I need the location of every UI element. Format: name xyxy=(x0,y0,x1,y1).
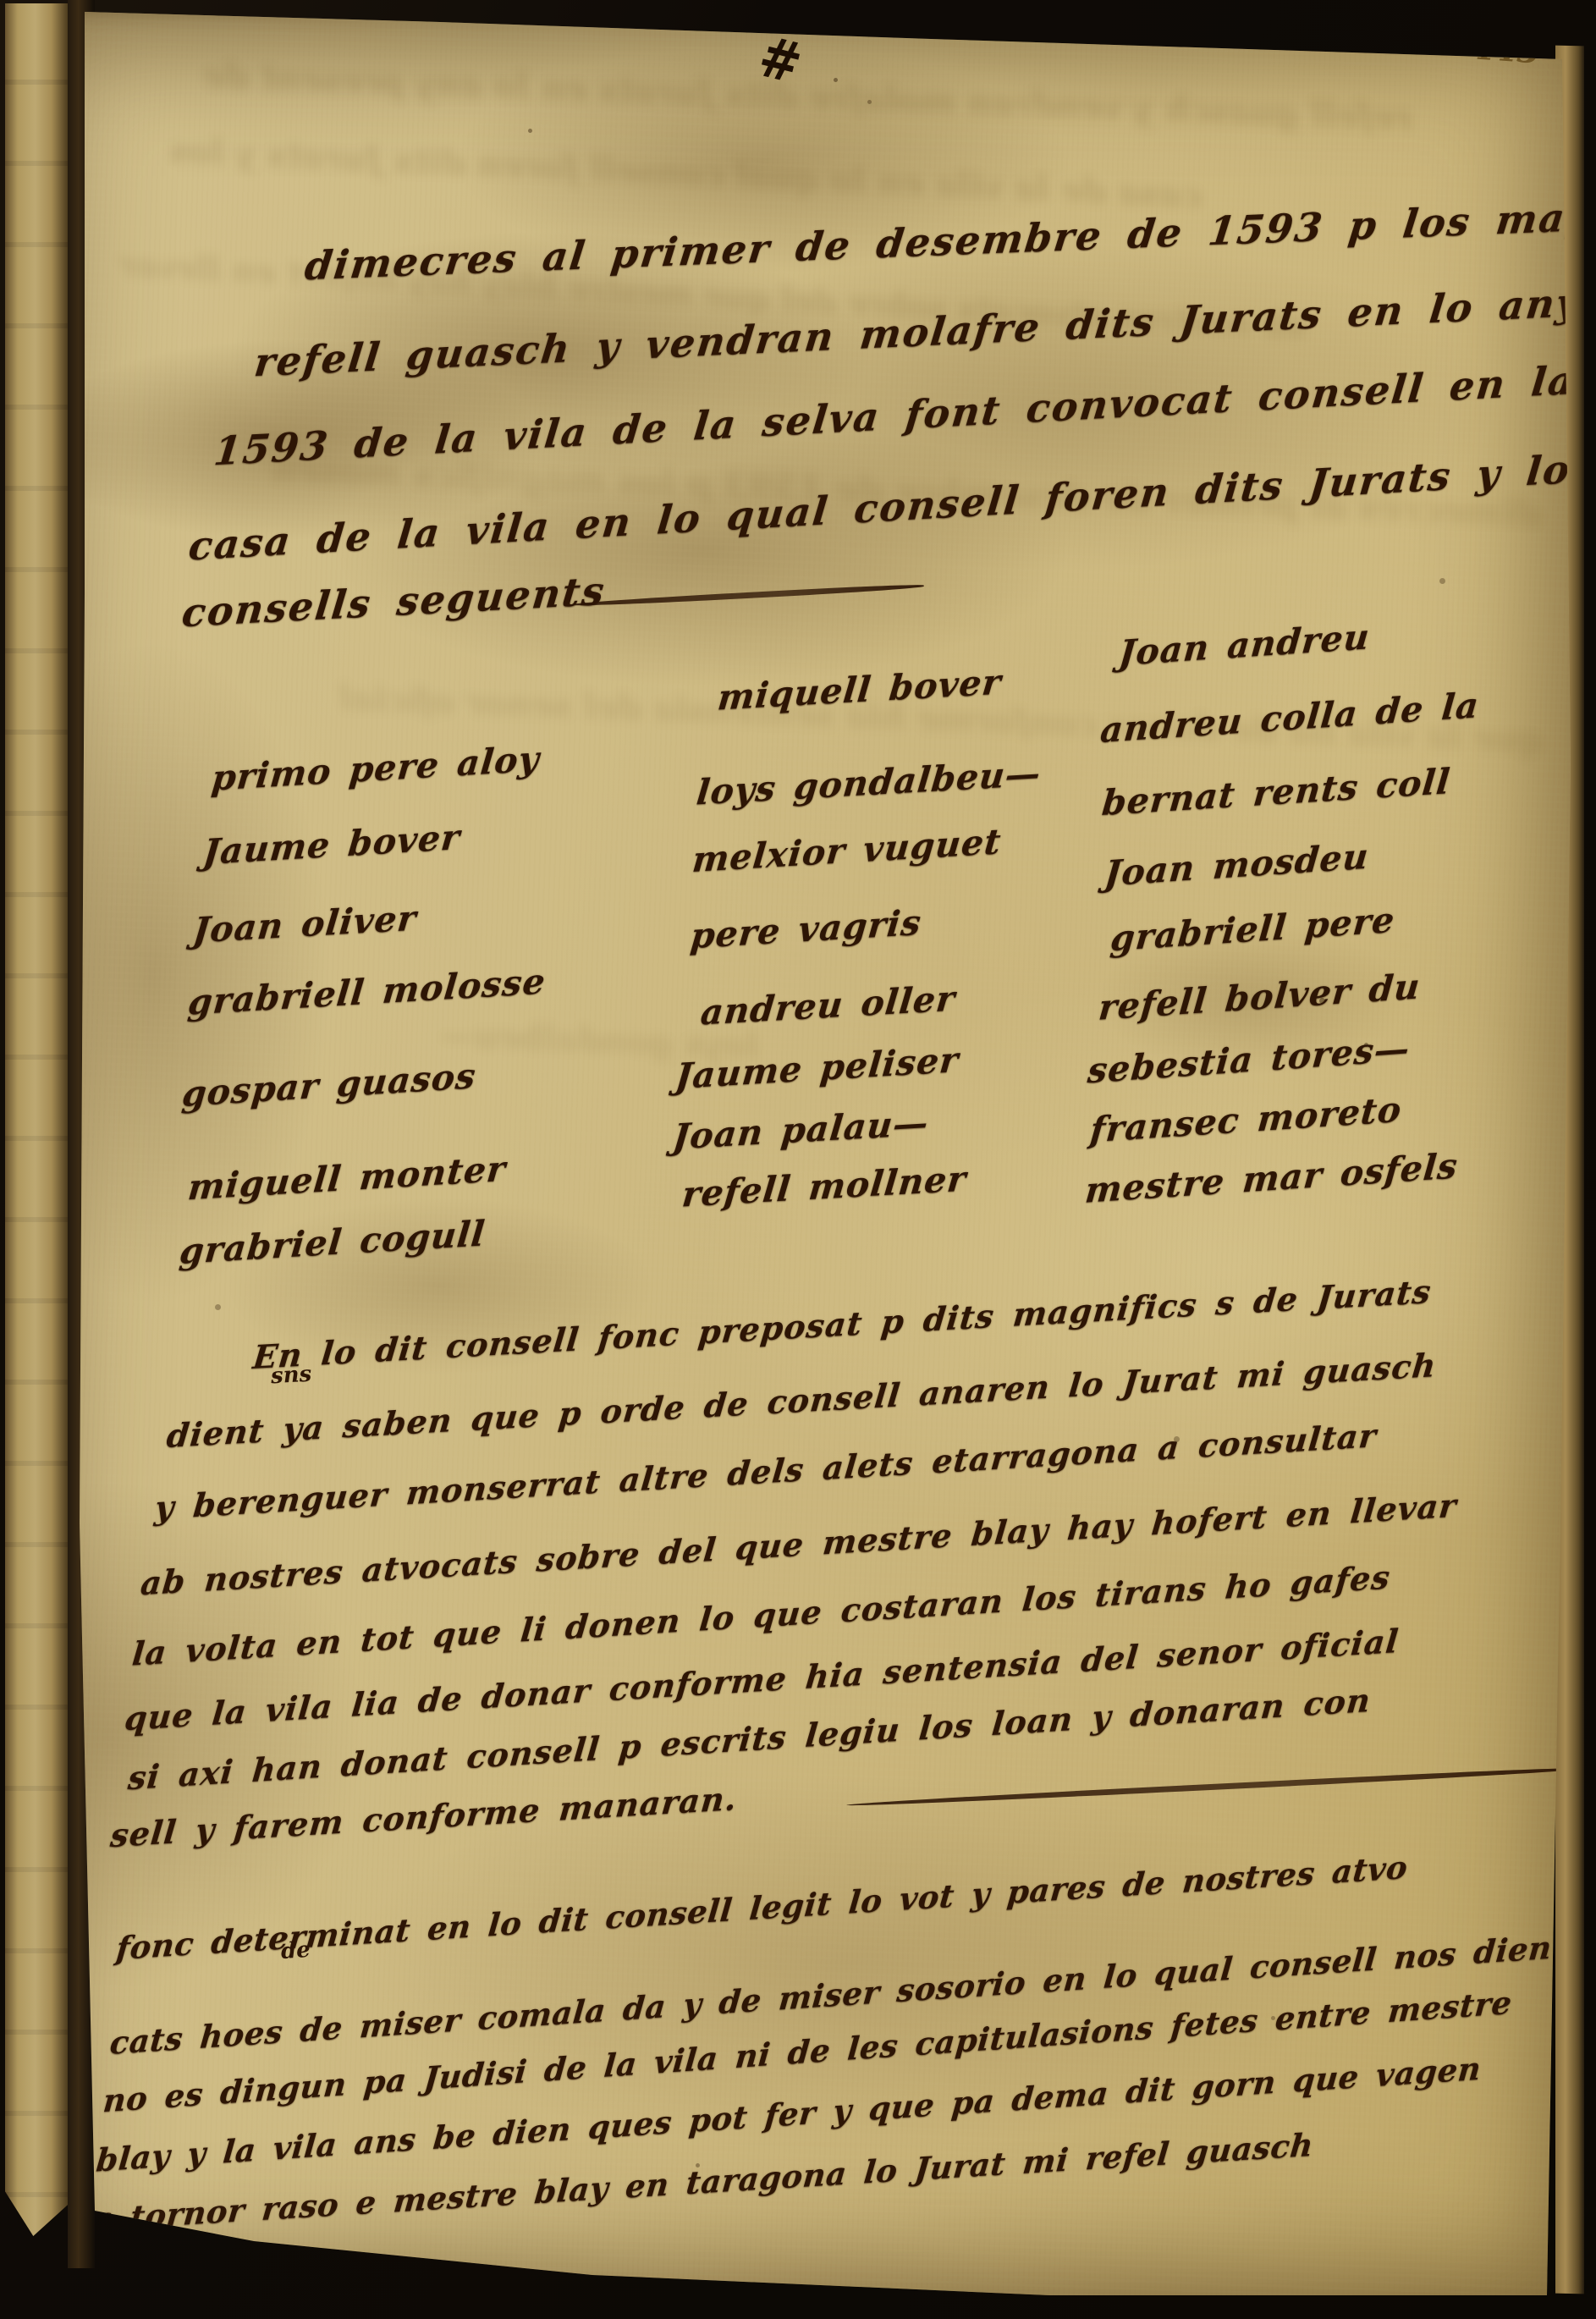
binding-strip xyxy=(5,3,68,2236)
manuscript-scan: refell guasch y vendran molafre dits Jur… xyxy=(0,0,1596,2319)
folio-number: 443 xyxy=(1472,31,1541,68)
interlinear-insertion: sns xyxy=(270,1363,312,1388)
ink-specks xyxy=(0,0,4,4)
manuscript-page: refell guasch y vendran molafre dits Jur… xyxy=(0,0,1596,2319)
interlinear-insertion: de xyxy=(280,1939,311,1963)
